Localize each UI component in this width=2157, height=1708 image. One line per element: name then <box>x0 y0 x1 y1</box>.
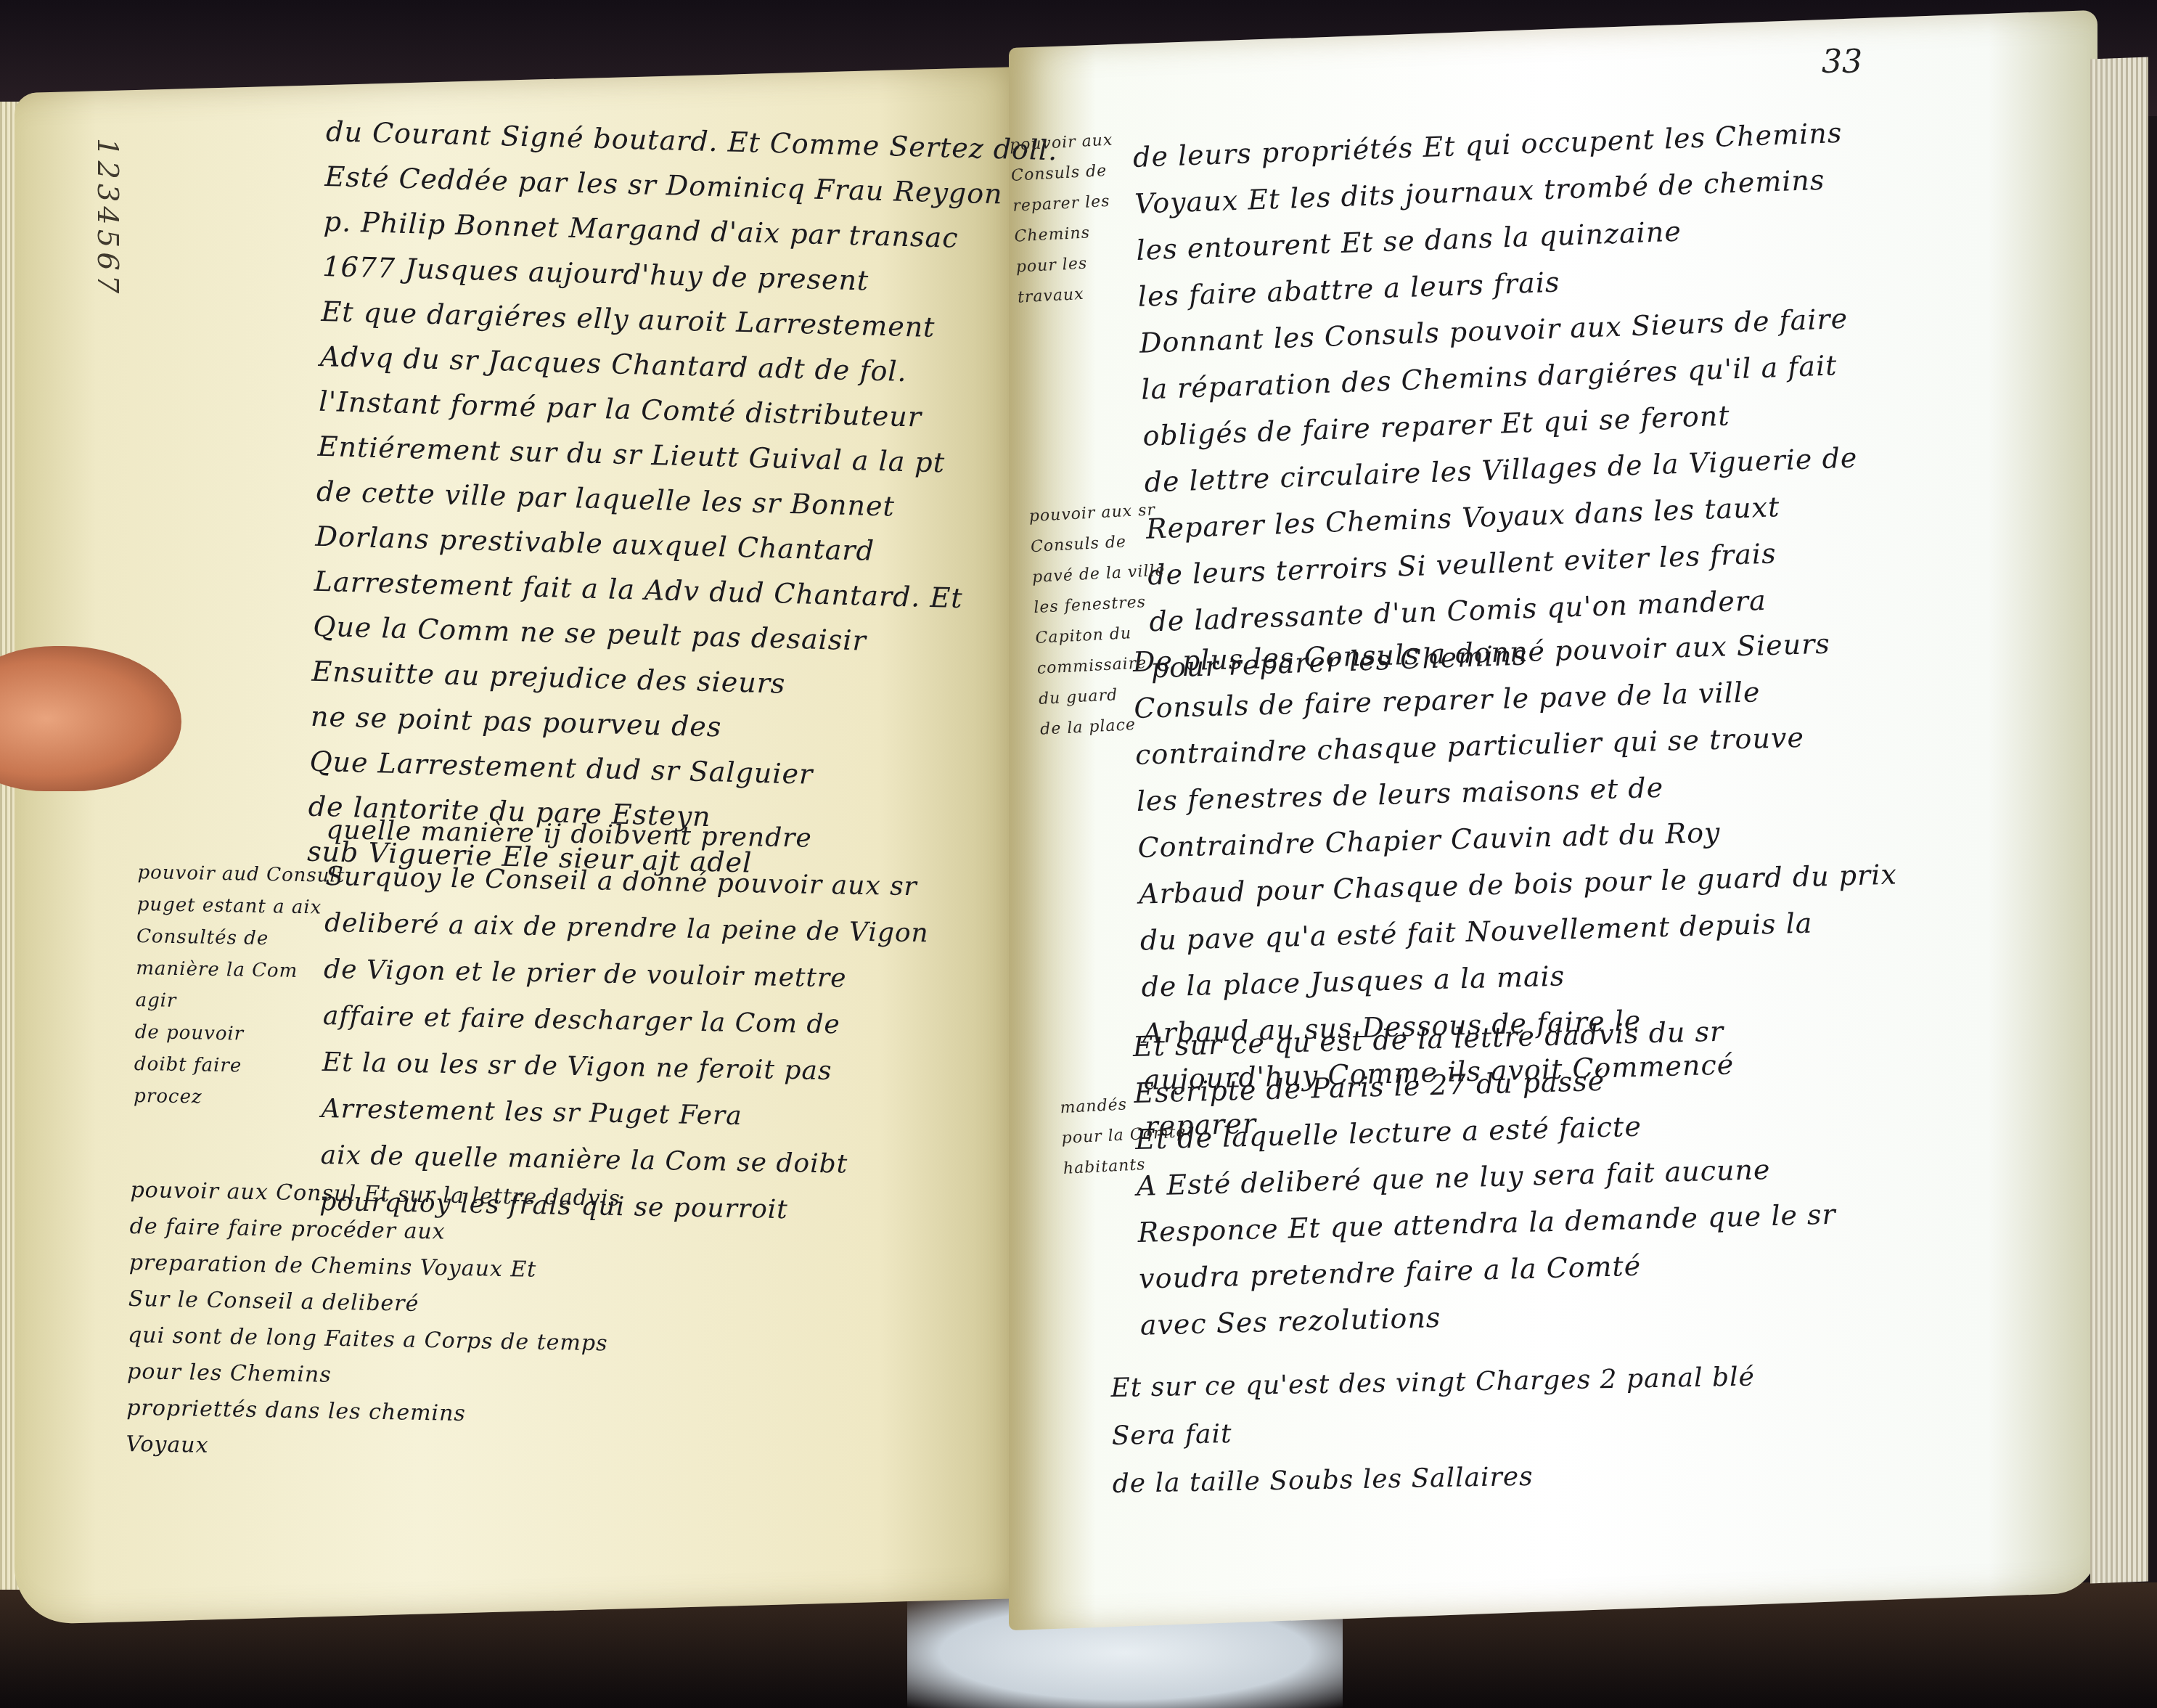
margin-note: procez <box>134 1080 341 1116</box>
margin-note: Consultés de <box>136 920 344 956</box>
left-margin-vertical-note: 1234567 <box>91 138 124 298</box>
right-page-final-text: Et sur ce qu'est des vingt Charges 2 pan… <box>1110 1354 1757 1508</box>
left-page-margin-notes: pouvoir aud Consult puget estant a aix C… <box>134 857 345 1116</box>
right-page-further-text: Et sur ce qu'est de la lettre dadvis du … <box>1132 1005 1839 1349</box>
right-page-main-text: de leurs propriétés Et qui occupent les … <box>1132 110 1865 692</box>
margin-note: travaux <box>1017 276 1151 314</box>
margin-note: de pouvoir <box>134 1016 342 1052</box>
left-page-main-text: du Courant Signé boutard. Et Comme Serte… <box>306 109 1058 893</box>
margin-note: pouvoir aud Consult <box>137 857 345 892</box>
margin-note: de la place <box>1039 708 1174 745</box>
left-page-lower-text: quelle manière ij doibvent prendre Surqu… <box>319 807 931 1235</box>
book-edge-right <box>2090 57 2148 1584</box>
page-number: 33 <box>1822 44 1862 81</box>
left-page-bottom-text: pouvoir aux Consul Et sur la lettre dadv… <box>126 1172 621 1471</box>
margin-note: manière la Com <box>136 952 343 988</box>
margin-note: puget estant a aix <box>136 888 344 924</box>
margin-note: doibt faire <box>134 1048 342 1084</box>
margin-note: agir <box>135 984 343 1020</box>
